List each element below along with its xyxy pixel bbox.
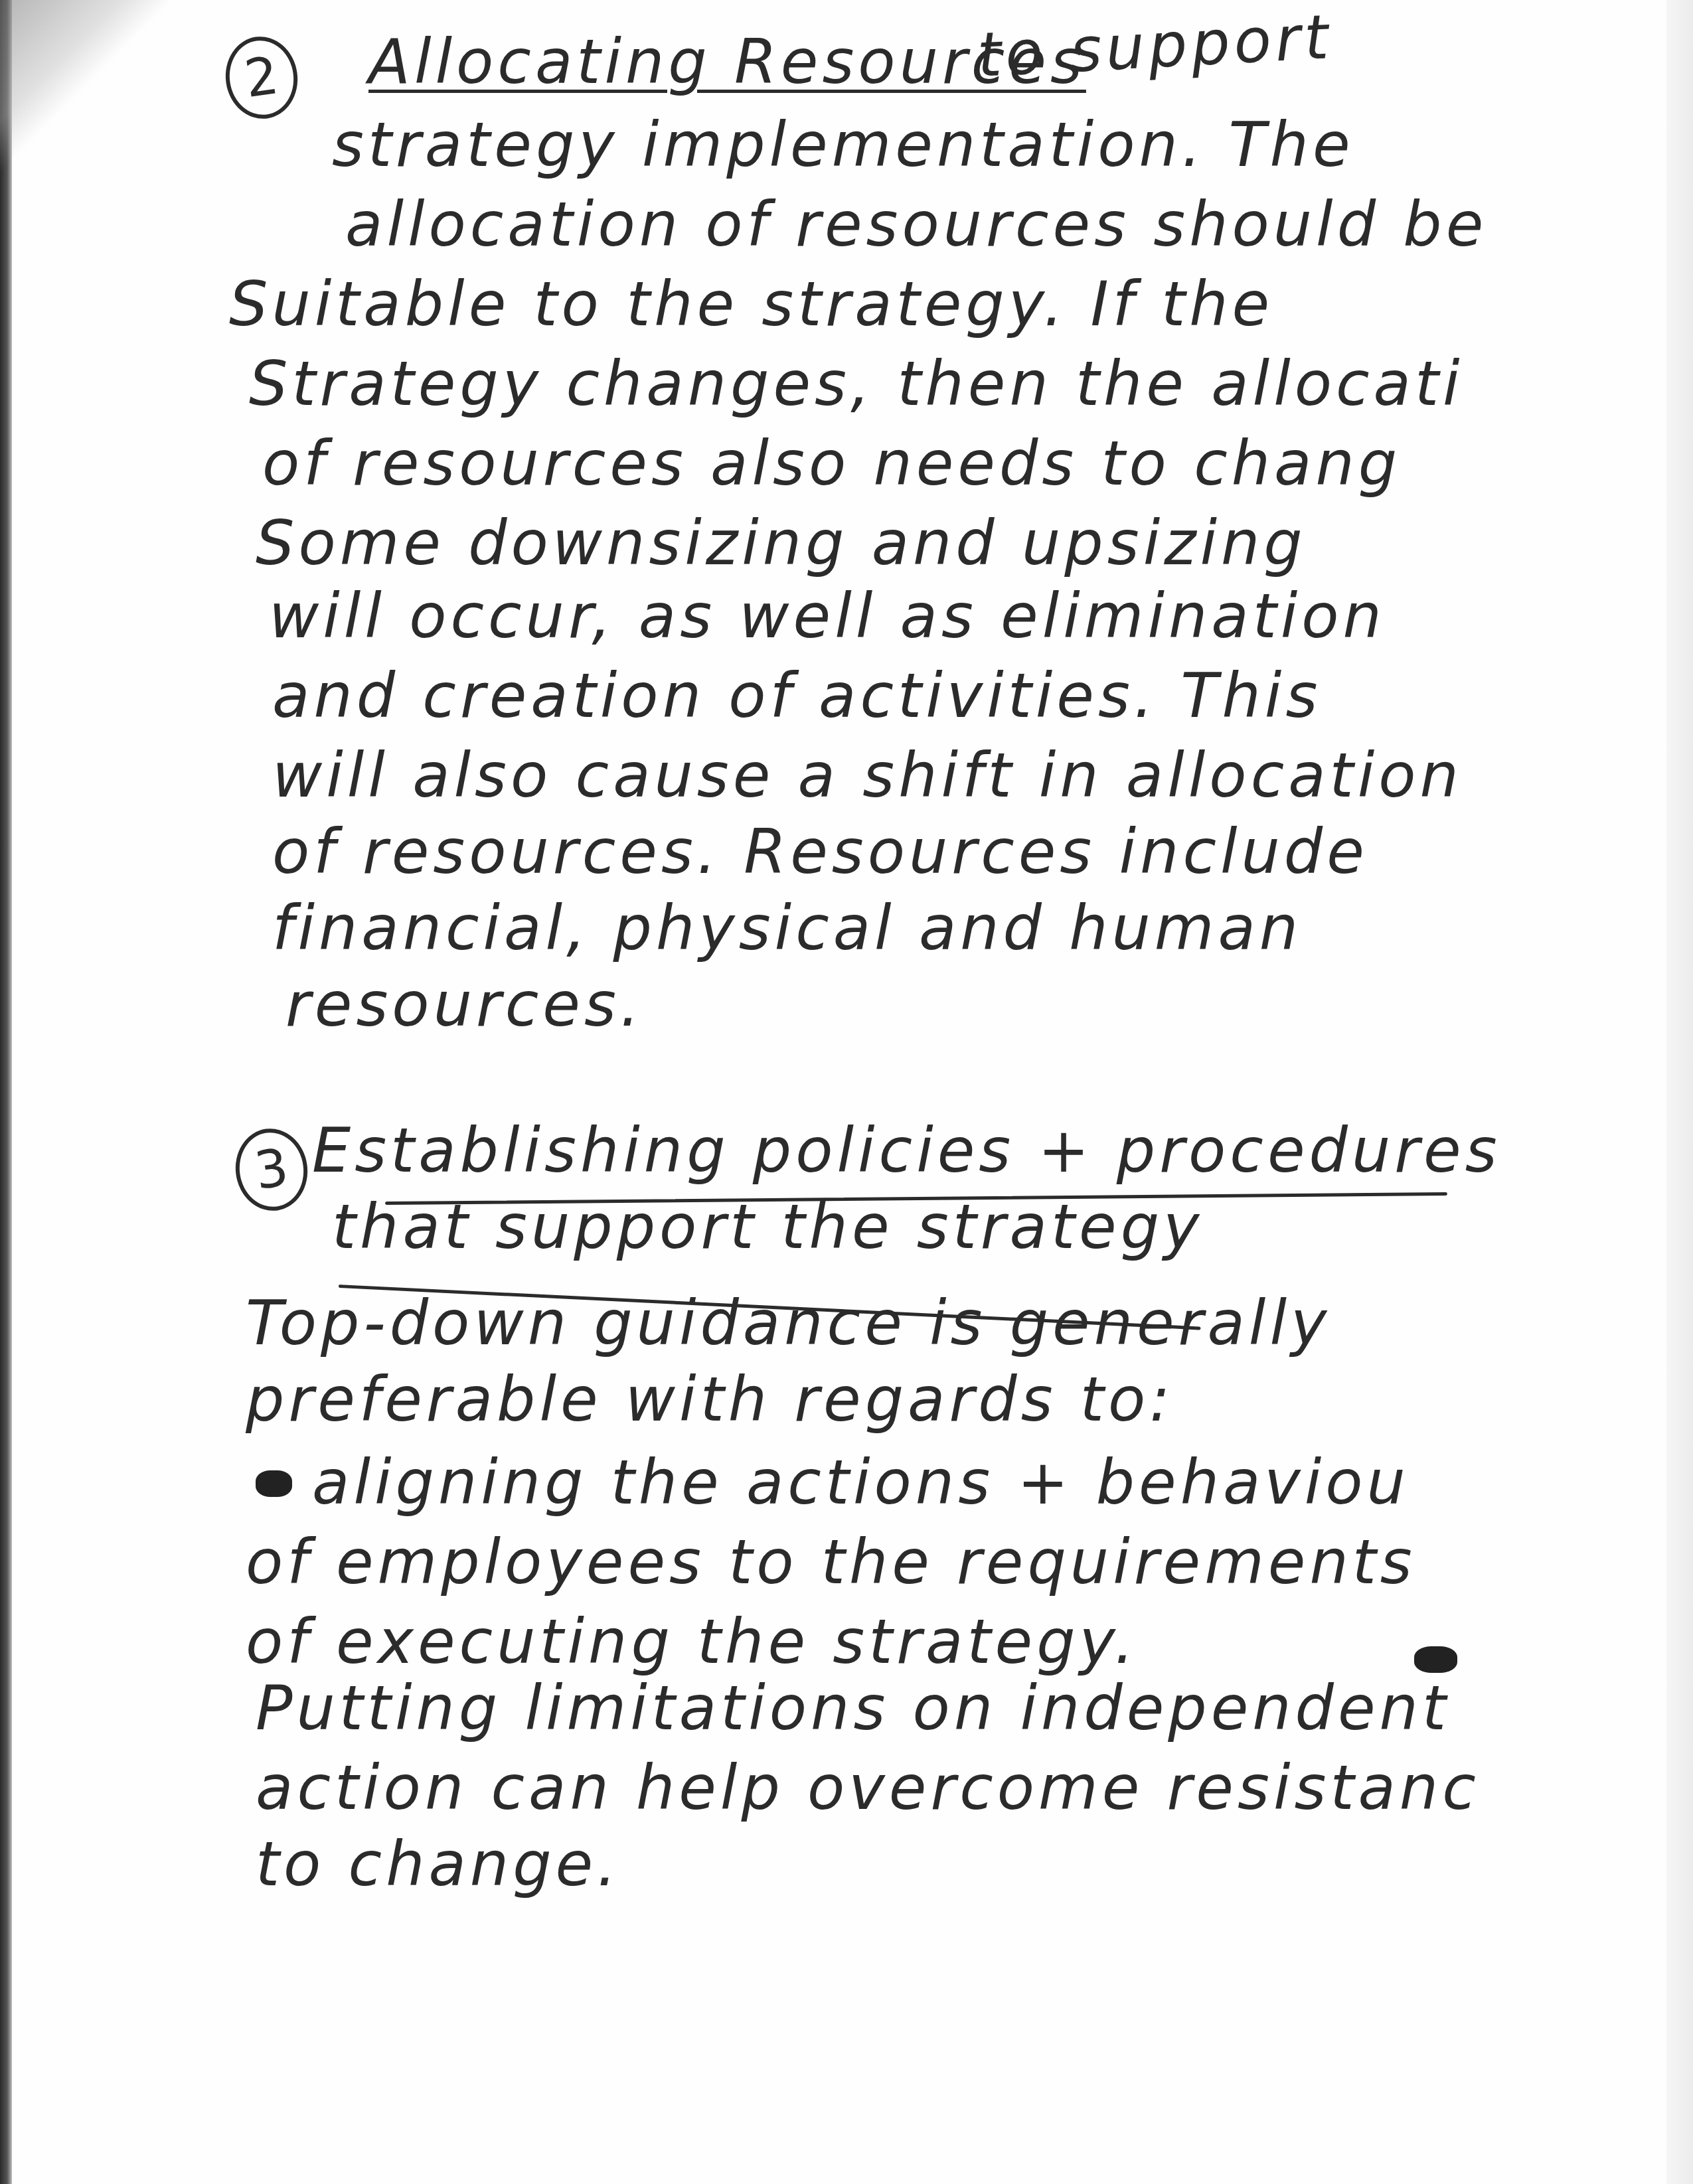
body-line: of resources also needs to chang [262, 428, 1401, 499]
section-number-2: 2 [220, 32, 303, 123]
scan-left-edge [0, 0, 12, 2184]
body-line: will also cause a shift in allocation [272, 740, 1463, 811]
scanned-page: 2 Allocating Resources to support strate… [0, 0, 1693, 2184]
body-line: of employees to the requirements [246, 1527, 1416, 1598]
body-line: will occur, as well as elimination [269, 581, 1386, 652]
section-2-heading-cont: to support [975, 1, 1334, 91]
body-line: preferable with regards to: [246, 1364, 1174, 1435]
section-3-heading: Establishing policies + procedures [312, 1115, 1501, 1186]
section-number-3: 3 [230, 1124, 313, 1215]
body-line: Strategy changes, then the allocati [249, 349, 1464, 420]
folded-corner [0, 0, 173, 173]
scan-right-edge [1666, 0, 1693, 2184]
body-line: financial, physical and human [272, 893, 1302, 964]
body-line: strategy implementation. The [332, 110, 1354, 181]
body-line: allocation of resources should be [345, 189, 1487, 260]
body-line: Top-down guidance is generally [246, 1288, 1330, 1359]
body-line: Suitable to the strategy. If the [229, 269, 1273, 340]
body-line: and creation of activities. This [272, 661, 1321, 732]
scribble-mark [256, 1470, 292, 1497]
body-line: Some downsizing and upsizing [256, 508, 1307, 579]
body-line: action can help overcome resistanc [256, 1753, 1480, 1824]
body-line: Putting limitations on independent [256, 1673, 1450, 1744]
body-line: of resources. Resources include [272, 817, 1368, 888]
body-line: to change. [256, 1829, 620, 1900]
scribble-mark [1414, 1646, 1457, 1673]
body-line: aligning the actions + behaviou [312, 1447, 1410, 1518]
body-line: of executing the strategy. [246, 1606, 1138, 1677]
body-line: resources. [285, 969, 643, 1040]
section-3-heading-line-2: that support the strategy [332, 1192, 1204, 1263]
